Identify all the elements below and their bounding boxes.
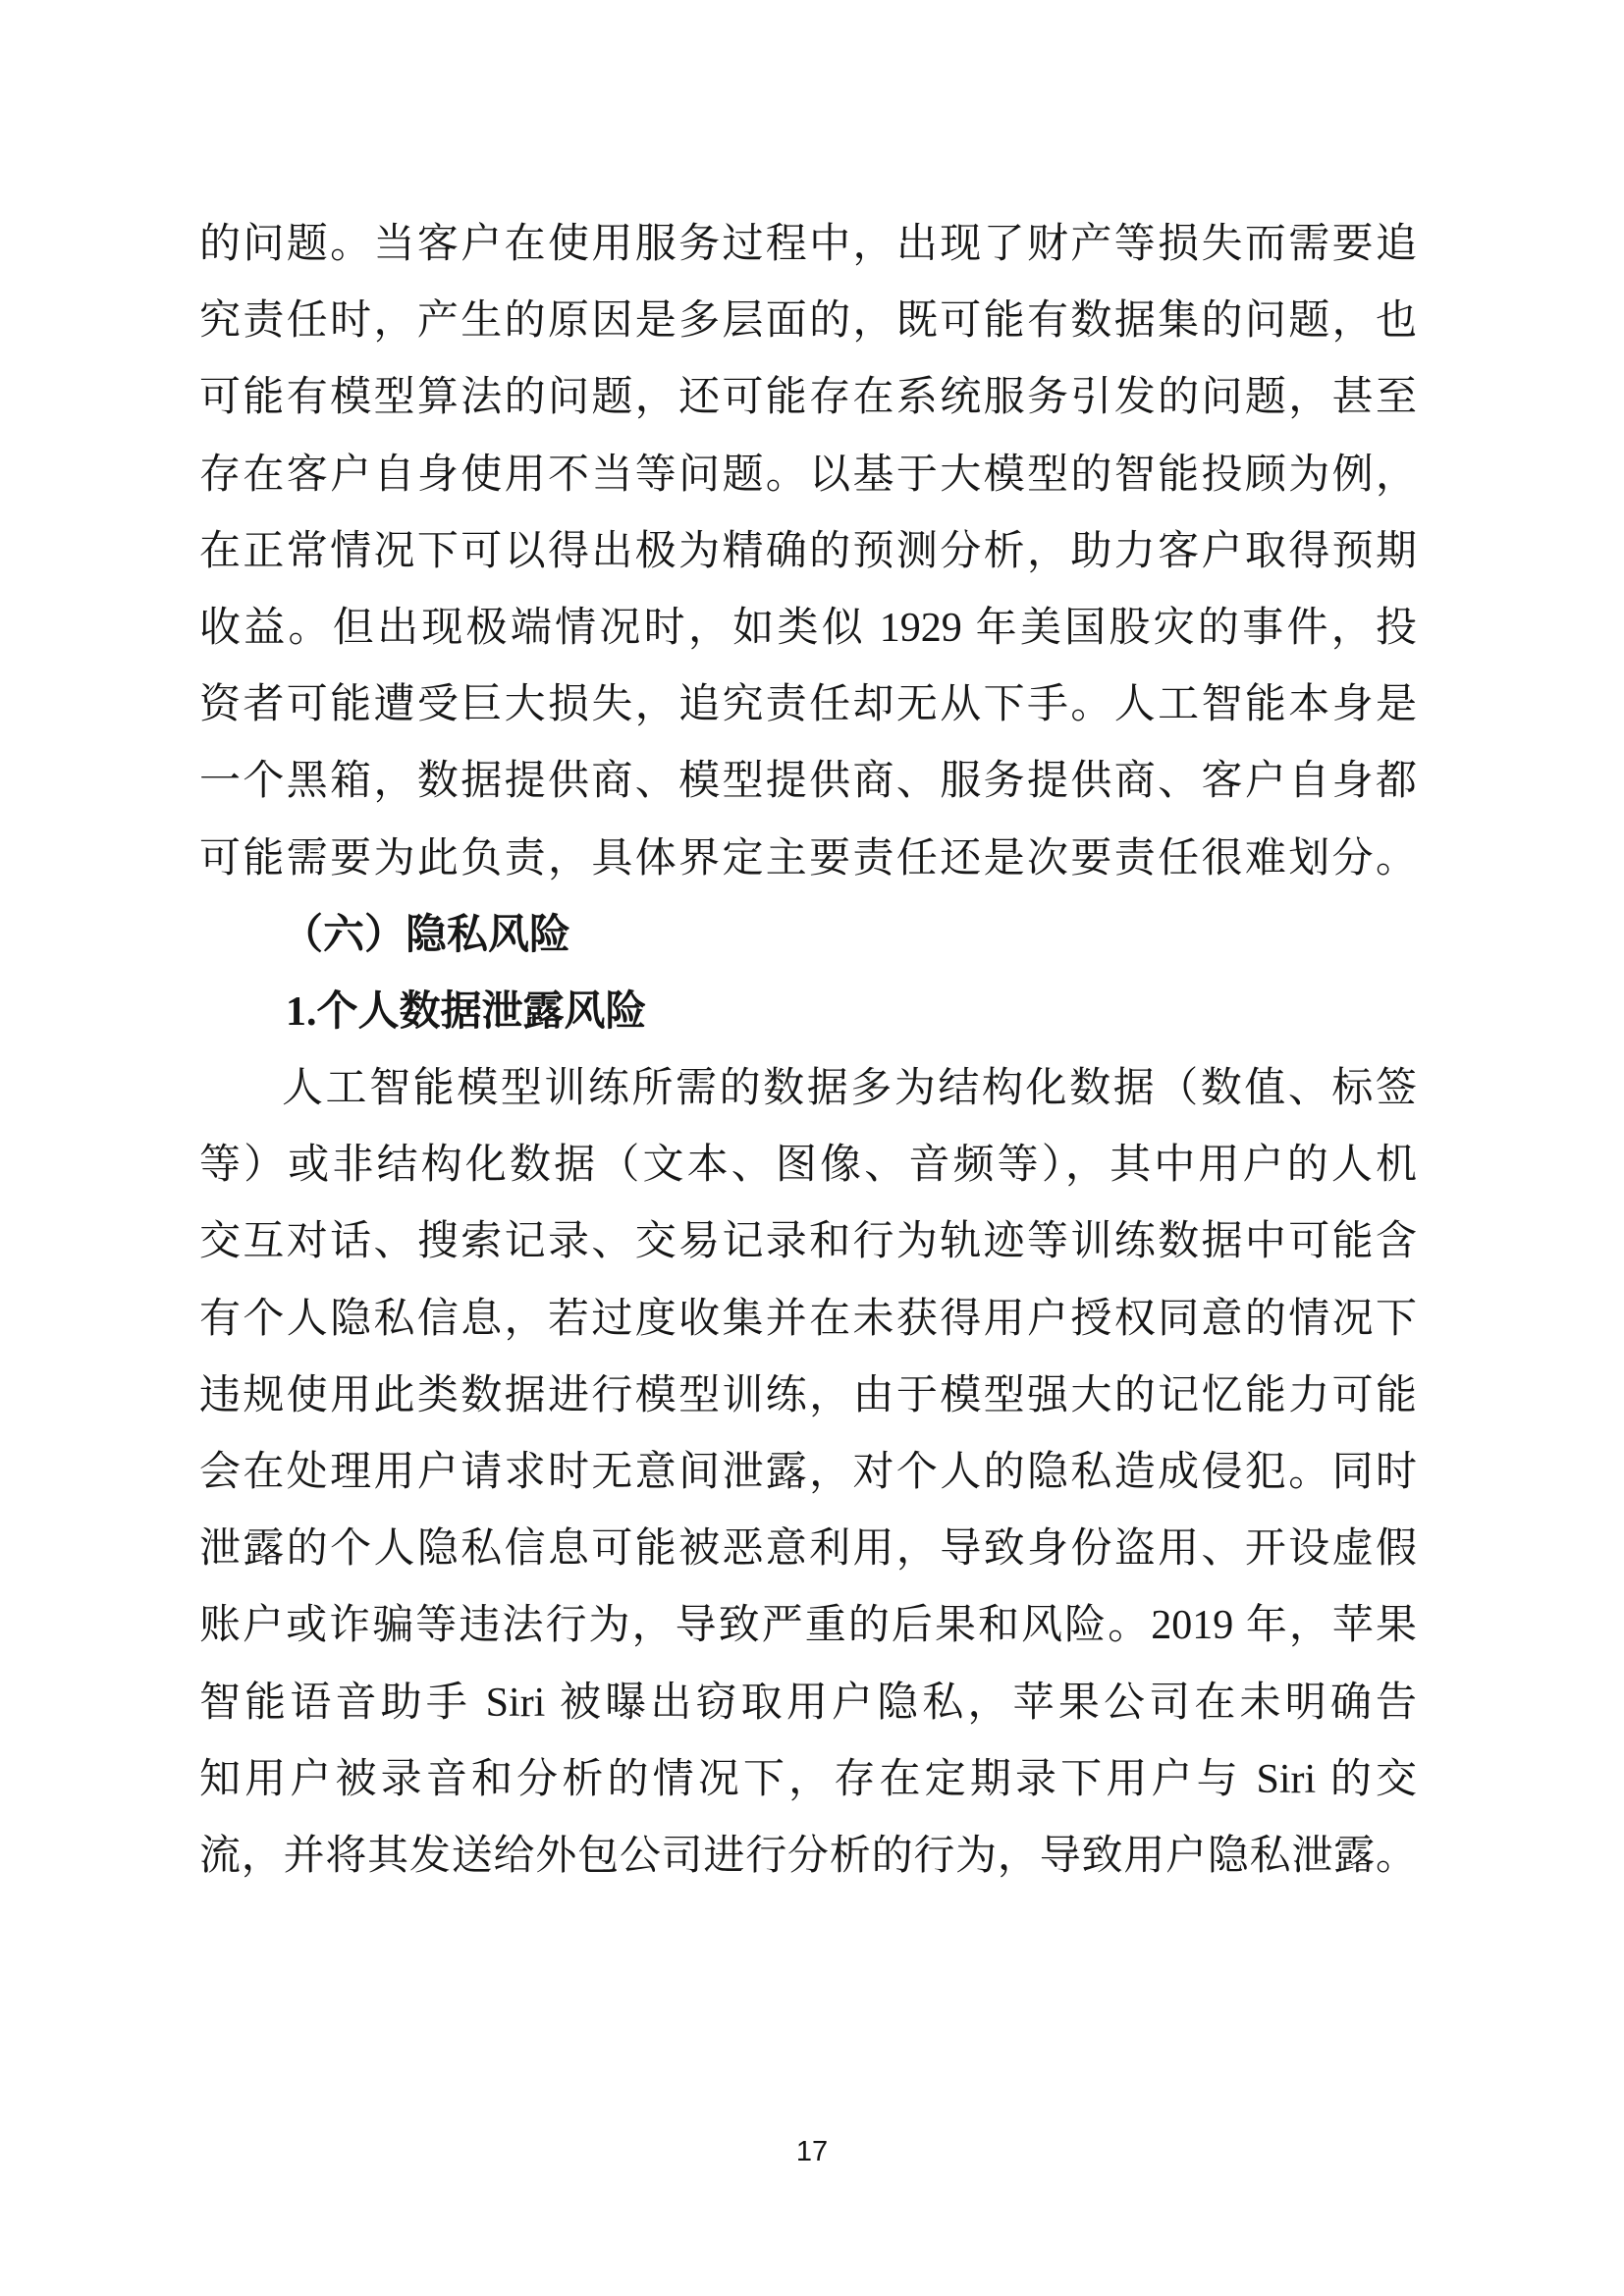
text-line: 资者可能遭受巨大损失，追究责任却无从下手。人工智能本身是 xyxy=(199,667,1417,743)
text-line: 违规使用此类数据进行模型训练，由于模型强大的记忆能力可能 xyxy=(199,1358,1417,1434)
text-line: 智能语音助手 Siri 被曝出窃取用户隐私，苹果公司在未明确告 xyxy=(199,1665,1417,1741)
text-line: 泄露的个人隐私信息可能被恶意利用，导致身份盗用、开设虚假 xyxy=(199,1511,1417,1587)
paragraph-liability-risk: 的问题。当客户在使用服务过程中，出现了财产等损失而需要追究责任时，产生的原因是多… xyxy=(199,206,1417,897)
text-line: 收益。但出现极端情况时，如类似 1929 年美国股灾的事件，投 xyxy=(199,590,1417,667)
text-line: 一个黑箱，数据提供商、模型提供商、服务提供商、客户自身都 xyxy=(199,743,1417,820)
text-line: 有个人隐私信息，若过度收集并在未获得用户授权同意的情况下 xyxy=(199,1281,1417,1358)
section-heading-privacy-risk: （六）隐私风险 xyxy=(199,897,1417,974)
sub-heading-personal-data-leak: 1.个人数据泄露风险 xyxy=(199,974,1417,1050)
text-line: 知用户被录音和分析的情况下，存在定期录下用户与 Siri 的交 xyxy=(199,1741,1417,1818)
document-page: 的问题。当客户在使用服务过程中，出现了财产等损失而需要追究责任时，产生的原因是多… xyxy=(0,0,1624,2296)
document-text-block: 的问题。当客户在使用服务过程中，出现了财产等损失而需要追究责任时，产生的原因是多… xyxy=(199,206,1417,1895)
text-line: 流，并将其发送给外包公司进行分析的行为，导致用户隐私泄露。 xyxy=(199,1818,1417,1895)
text-line: 人工智能模型训练所需的数据多为结构化数据（数值、标签 xyxy=(199,1050,1417,1127)
text-line: 可能有模型算法的问题，还可能存在系统服务引发的问题，甚至 xyxy=(199,359,1417,436)
text-line: 存在客户自身使用不当等问题。以基于大模型的智能投顾为例， xyxy=(199,437,1417,513)
text-line: 在正常情况下可以得出极为精确的预测分析，助力客户取得预期 xyxy=(199,513,1417,590)
text-line: 等）或非结构化数据（文本、图像、音频等），其中用户的人机 xyxy=(199,1127,1417,1203)
text-line: 会在处理用户请求时无意间泄露，对个人的隐私造成侵犯。同时 xyxy=(199,1434,1417,1511)
page-number: 17 xyxy=(796,2136,828,2167)
text-line: 账户或诈骗等违法行为，导致严重的后果和风险。2019 年，苹果 xyxy=(199,1587,1417,1664)
page-footer: 17 xyxy=(0,2136,1624,2167)
text-line: 可能需要为此负责，具体界定主要责任还是次要责任很难划分。 xyxy=(199,821,1417,897)
text-line: 的问题。当客户在使用服务过程中，出现了财产等损失而需要追 xyxy=(199,206,1417,283)
text-line: 究责任时，产生的原因是多层面的，既可能有数据集的问题，也 xyxy=(199,283,1417,359)
text-line: 交互对话、搜索记录、交易记录和行为轨迹等训练数据中可能含 xyxy=(199,1203,1417,1280)
paragraph-personal-data-leak: 人工智能模型训练所需的数据多为结构化数据（数值、标签等）或非结构化数据（文本、图… xyxy=(199,1050,1417,1895)
